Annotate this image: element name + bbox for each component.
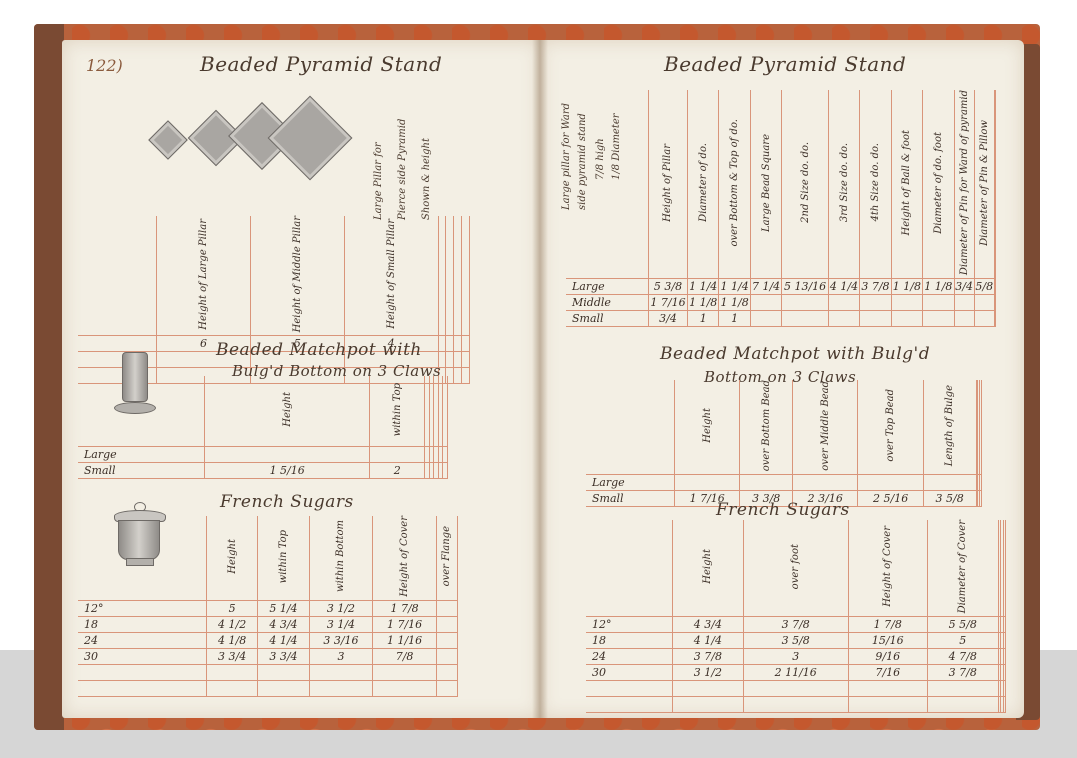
col-header: Height bbox=[702, 549, 713, 584]
col-header: Height of Middle Pillar bbox=[292, 216, 303, 332]
right-title-french-sugars: French Sugars bbox=[716, 500, 850, 520]
col-header: 2nd Size do. do. bbox=[800, 142, 811, 223]
table-row: Large bbox=[78, 446, 448, 462]
table-row: 24 4 1/84 1/43 3/161 1/16 bbox=[78, 632, 458, 648]
col-header: Diameter of do. foot bbox=[933, 132, 944, 234]
table-row: Middle 1 7/161 1/81 1/8 bbox=[566, 295, 996, 311]
leather-corner-left bbox=[34, 24, 64, 730]
col-header: within Top bbox=[392, 383, 403, 436]
header-row: Height of Pillar Diameter of do. over Bo… bbox=[566, 90, 996, 279]
table-row: 12° 55 1/43 1/21 7/8 bbox=[78, 600, 458, 616]
base-tier-diamond bbox=[268, 96, 353, 181]
right-title-matchpot-1: Beaded Matchpot with Bulg'd bbox=[660, 344, 930, 364]
cell: 2 bbox=[370, 462, 425, 478]
col-header: Diameter of do. bbox=[698, 143, 709, 222]
book-gutter bbox=[532, 40, 548, 718]
col-header: Height of Pillar bbox=[662, 144, 673, 222]
col-header: over Middle Bead bbox=[820, 381, 831, 471]
header-row: Height over Bottom Bead over Middle Bead… bbox=[586, 380, 982, 475]
col-header: over Top Bead bbox=[885, 389, 896, 462]
left-matchpot-table: Height within Top Large Small 1 5/16 2 bbox=[78, 376, 448, 479]
side-note-left-2: Pierce side Pyramid bbox=[396, 80, 409, 220]
table-row: 24 3 7/839/164 7/8 bbox=[586, 649, 1006, 665]
col-header: Height bbox=[702, 408, 713, 443]
left-title-matchpot-1: Beaded Matchpot with bbox=[216, 340, 422, 360]
col-header: Length of Bulge bbox=[944, 385, 955, 466]
left-title-pyramid-stand: Beaded Pyramid Stand bbox=[200, 52, 442, 76]
right-sugars-table: Height over foot Height of Cover Diamete… bbox=[586, 520, 1006, 713]
right-pyramid-table: Height of Pillar Diameter of do. over Bo… bbox=[566, 90, 996, 327]
page-number: 122) bbox=[86, 56, 123, 75]
col-header: Diameter of Cover bbox=[957, 520, 968, 613]
header-row: Height within Top bbox=[78, 376, 448, 446]
table-row: 30 3 3/43 3/437/8 bbox=[78, 648, 458, 664]
table-row: 18 4 1/43 5/815/165 bbox=[586, 633, 1006, 649]
col-header: Large Bead Square bbox=[761, 134, 772, 232]
col-header: Diameter of Pin for Ward of pyramid bbox=[959, 90, 970, 275]
col-header: Height of Small Pillar bbox=[386, 219, 397, 329]
col-header: 3rd Size do. do. bbox=[839, 143, 850, 222]
col-header: over Bottom & Top of do. bbox=[729, 119, 740, 247]
right-title-pyramid-stand: Beaded Pyramid Stand bbox=[664, 52, 906, 76]
table-row: Large bbox=[586, 475, 982, 491]
col-header: Height of Large Pillar bbox=[198, 219, 209, 330]
table-row: 12° 4 3/43 7/81 7/85 5/8 bbox=[586, 617, 1006, 633]
table-row: 18 4 1/24 3/43 1/41 7/16 bbox=[78, 616, 458, 632]
table-row: 30 3 1/22 11/167/163 7/8 bbox=[586, 665, 1006, 681]
col-header: Height of Cover bbox=[882, 526, 893, 607]
pyramid-stand-drawing bbox=[140, 90, 340, 230]
side-note-left-3: Shown & height bbox=[420, 80, 433, 220]
header-row: Height of Large Pillar Height of Middle … bbox=[78, 216, 470, 336]
col-header: Height of Ball & foot bbox=[901, 130, 912, 236]
left-title-french-sugars: French Sugars bbox=[220, 492, 354, 512]
col-header: Height of Cover bbox=[399, 516, 410, 597]
col-header: Height bbox=[227, 539, 238, 574]
col-header: within Top bbox=[278, 530, 289, 583]
header-row: Height over foot Height of Cover Diamete… bbox=[586, 520, 1006, 617]
col-header: 4th Size do. do. bbox=[870, 143, 881, 221]
table-row: Small 1 5/16 2 bbox=[78, 462, 448, 478]
col-header: within Bottom bbox=[335, 520, 346, 592]
header-row: Height within Top within Bottom Height o… bbox=[78, 516, 458, 600]
right-matchpot-table: Height over Bottom Bead over Middle Bead… bbox=[586, 380, 982, 507]
left-sugars-table: Height within Top within Bottom Height o… bbox=[78, 516, 458, 697]
col-header: Diameter of Pin & Pillow bbox=[979, 120, 990, 246]
col-header: over Bottom Bead bbox=[761, 380, 772, 471]
col-header: Height bbox=[282, 392, 293, 427]
table-row: Large 5 3/81 1/41 1/47 1/45 13/164 1/43 … bbox=[566, 279, 996, 295]
col-header: over foot bbox=[790, 544, 801, 589]
cell: 1 5/16 bbox=[205, 462, 370, 478]
small-tier-diamond bbox=[148, 120, 188, 160]
side-note-left-1: Large Pillar for bbox=[372, 80, 385, 220]
table-row: Small 3/411 bbox=[566, 311, 996, 327]
col-header: over Flange bbox=[441, 526, 452, 586]
